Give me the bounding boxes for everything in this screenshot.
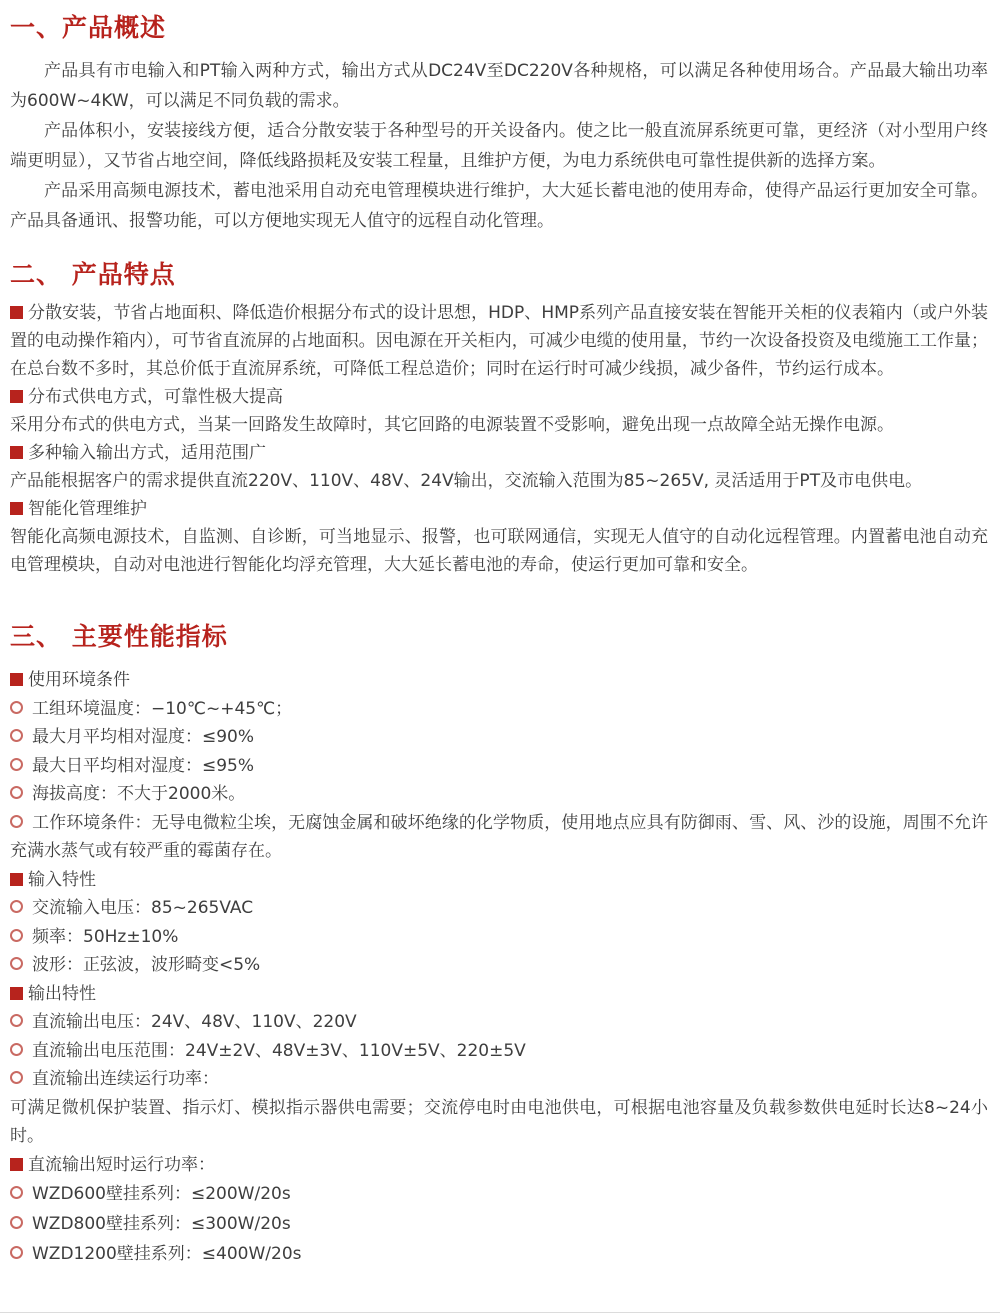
spec-item-text: 交流输入电压：85~265VAC xyxy=(32,898,253,918)
circle-bullet-icon xyxy=(10,1186,23,1199)
paragraph: 产品采用高频电源技术，蓄电池采用自动充电管理模块进行维护，大大延长蓄电池的使用寿… xyxy=(10,176,988,236)
spec-item-text: WZD600壁挂系列：≤200W/20s xyxy=(32,1184,291,1204)
feature-item-text: 采用分布式的供电方式，当某一回路发生故障时，其它回路的电源装置不受影响，避免出现… xyxy=(10,415,894,435)
circle-bullet-icon xyxy=(10,729,23,742)
feature-item: 智能化高频电源技术，自监测、自诊断，可当地显示、报警，也可联网通信，实现无人值守… xyxy=(10,523,988,579)
spec-item-text: 工作环境条件：无导电微粒尘埃，无腐蚀金属和破坏绝缘的化学物质，使用地点应具有防御… xyxy=(10,813,988,862)
feature-item-text: 智能化管理维护 xyxy=(28,499,147,519)
spec-item-text: 频率：50Hz±10% xyxy=(32,927,178,947)
square-bullet-icon xyxy=(10,987,23,1000)
circle-bullet-icon xyxy=(10,701,23,714)
square-bullet-icon xyxy=(10,446,23,459)
feature-item: 分散安装，节省占地面积、降低造价根据分布式的设计思想，HDP、HMP系列产品直接… xyxy=(10,299,988,383)
spec-item-text: 最大月平均相对湿度：≤90% xyxy=(32,727,254,747)
circle-bullet-icon xyxy=(10,1043,23,1056)
spec-item: 使用环境条件 xyxy=(10,666,988,695)
spec-item-text: 输出特性 xyxy=(28,984,96,1004)
spec-item-text: 直流输出电压范围：24V±2V、48V±3V、110V±5V、220±5V xyxy=(32,1041,526,1061)
spec-item-text: 直流输出电压：24V、48V、110V、220V xyxy=(32,1012,357,1032)
circle-bullet-icon xyxy=(10,1014,23,1027)
spec-item: 输入特性 xyxy=(10,866,988,895)
spec-item-text: 直流输出连续运行功率： xyxy=(32,1069,219,1089)
spec-item-text: 工组环境温度：−10℃~+45℃； xyxy=(32,699,292,719)
circle-bullet-icon xyxy=(10,900,23,913)
spec-item: 直流输出电压范围：24V±2V、48V±3V、110V±5V、220±5V xyxy=(10,1037,988,1066)
section3-heading: 三、 主要性能指标 xyxy=(10,621,988,653)
circle-bullet-icon xyxy=(10,815,23,828)
circle-bullet-icon xyxy=(10,929,23,942)
section1-heading: 一、产品概述 xyxy=(10,12,988,44)
spec-item: 直流输出连续运行功率： xyxy=(10,1065,988,1094)
square-bullet-icon xyxy=(10,390,23,403)
feature-item-text: 产品能根据客户的需求提供直流220V、110V、48V、24V输出，交流输入范围… xyxy=(10,471,922,491)
spec-item: 最大月平均相对湿度：≤90% xyxy=(10,723,988,752)
spec-item: 直流输出电压：24V、48V、110V、220V xyxy=(10,1008,988,1037)
spec-item: WZD600壁挂系列：≤200W/20s xyxy=(10,1179,988,1209)
spec-item: 可满足微机保护装置、指示灯、模拟指示器供电需要；交流停电时由电池供电，可根据电池… xyxy=(10,1094,988,1151)
spec-item: 输出特性 xyxy=(10,980,988,1009)
spec-item: 波形：正弦波，波形畸变<5% xyxy=(10,951,988,980)
spec-item: 最大日平均相对湿度：≤95% xyxy=(10,752,988,781)
spec-item: 直流输出短时运行功率： xyxy=(10,1151,988,1180)
spec-item-text: 可满足微机保护装置、指示灯、模拟指示器供电需要；交流停电时由电池供电，可根据电池… xyxy=(10,1098,988,1147)
feature-item-text: 多种输入输出方式，适用范围广 xyxy=(28,443,266,463)
square-bullet-icon xyxy=(10,673,23,686)
spec-item: 海拔高度：不大于2000米。 xyxy=(10,780,988,809)
document-page: 一、产品概述 产品具有市电输入和PT输入两种方式，输出方式从DC24V至DC22… xyxy=(0,0,1000,1313)
spec-item: 交流输入电压：85~265VAC xyxy=(10,894,988,923)
feature-item: 智能化管理维护 xyxy=(10,495,988,523)
feature-item-text: 智能化高频电源技术，自监测、自诊断，可当地显示、报警，也可联网通信，实现无人值守… xyxy=(10,527,988,575)
paragraph: 产品体积小，安装接线方便，适合分散安装于各种型号的开关设备内。使之比一般直流屏系… xyxy=(10,116,988,176)
square-bullet-icon xyxy=(10,306,23,319)
spec-item: 工组环境温度：−10℃~+45℃； xyxy=(10,695,988,724)
section2-heading: 二、 产品特点 xyxy=(10,259,988,291)
feature-item: 分布式供电方式，可靠性极大提高 xyxy=(10,383,988,411)
spec-item: 工作环境条件：无导电微粒尘埃，无腐蚀金属和破坏绝缘的化学物质，使用地点应具有防御… xyxy=(10,809,988,866)
spec-item-text: WZD800壁挂系列：≤300W/20s xyxy=(32,1214,291,1234)
spec-item-text: 输入特性 xyxy=(28,870,96,890)
spec-item: WZD1200壁挂系列：≤400W/20s xyxy=(10,1239,988,1269)
spec-item-text: 海拔高度：不大于2000米。 xyxy=(32,784,245,804)
square-bullet-icon xyxy=(10,1158,23,1171)
spec-item: 频率：50Hz±10% xyxy=(10,923,988,952)
feature-item: 采用分布式的供电方式，当某一回路发生故障时，其它回路的电源装置不受影响，避免出现… xyxy=(10,411,988,439)
spec-item: WZD800壁挂系列：≤300W/20s xyxy=(10,1209,988,1239)
circle-bullet-icon xyxy=(10,1246,23,1259)
circle-bullet-icon xyxy=(10,957,23,970)
spec-item-text: 最大日平均相对湿度：≤95% xyxy=(32,756,254,776)
feature-item-text: 分布式供电方式，可靠性极大提高 xyxy=(28,387,283,407)
spec-item-text: 直流输出短时运行功率： xyxy=(28,1155,215,1175)
paragraph: 产品具有市电输入和PT输入两种方式，输出方式从DC24V至DC220V各种规格，… xyxy=(10,56,988,116)
circle-bullet-icon xyxy=(10,1071,23,1084)
spec-item-text: 使用环境条件 xyxy=(28,670,130,690)
circle-bullet-icon xyxy=(10,1216,23,1229)
square-bullet-icon xyxy=(10,873,23,886)
feature-item: 多种输入输出方式，适用范围广 xyxy=(10,439,988,467)
spec-item-text: WZD1200壁挂系列：≤400W/20s xyxy=(32,1244,302,1264)
circle-bullet-icon xyxy=(10,786,23,799)
feature-item: 产品能根据客户的需求提供直流220V、110V、48V、24V输出，交流输入范围… xyxy=(10,467,988,495)
square-bullet-icon xyxy=(10,502,23,515)
spec-item-text: 波形：正弦波，波形畸变<5% xyxy=(32,955,260,975)
circle-bullet-icon xyxy=(10,758,23,771)
feature-item-text: 分散安装，节省占地面积、降低造价根据分布式的设计思想，HDP、HMP系列产品直接… xyxy=(10,303,988,379)
